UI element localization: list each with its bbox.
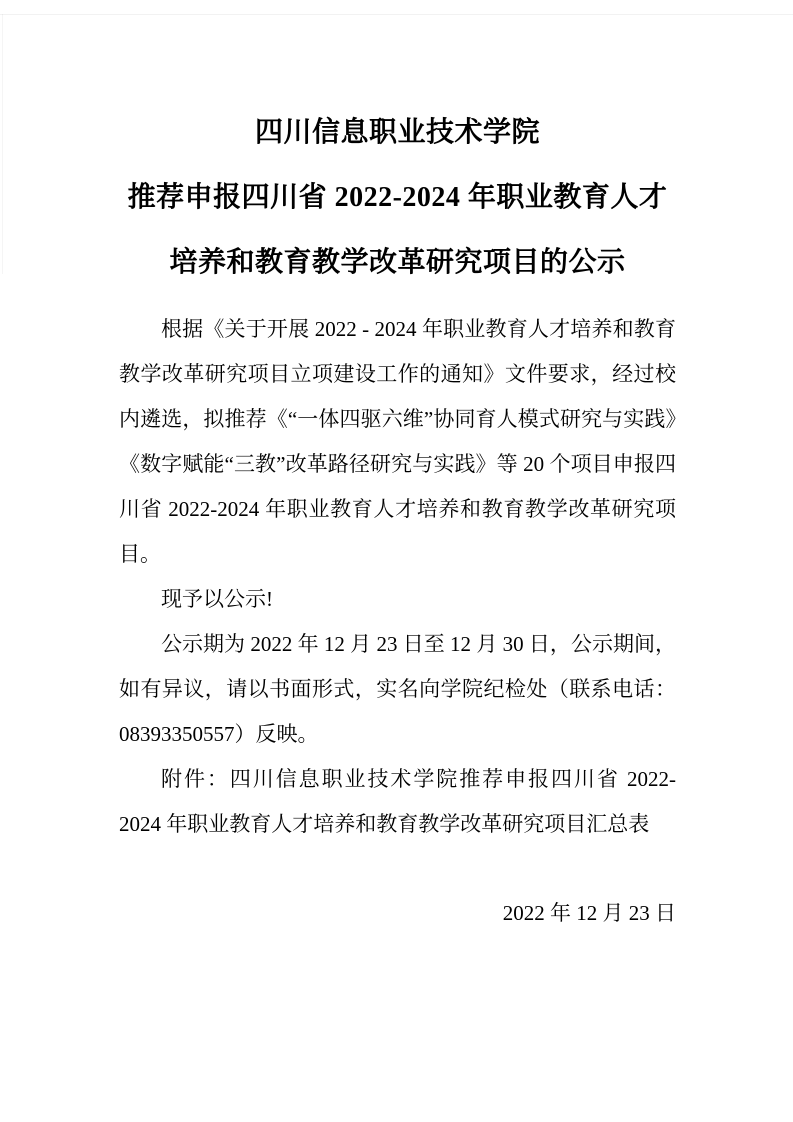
paragraph-publicity-period: 公示期为 2022 年 12 月 23 日至 12 月 30 日，公示期间，如有… <box>119 622 676 757</box>
title-line-1: 四川信息职业技术学院 <box>119 100 676 165</box>
document-body: 根据《关于开展 2022 - 2024 年职业教育人才培养和教育教学改革研究项目… <box>119 307 676 847</box>
paragraph-basis: 根据《关于开展 2022 - 2024 年职业教育人才培养和教育教学改革研究项目… <box>119 307 676 577</box>
title-line-2: 推荐申报四川省 2022-2024 年职业教育人才 <box>119 165 676 230</box>
document-title: 四川信息职业技术学院 推荐申报四川省 2022-2024 年职业教育人才 培养和… <box>119 100 676 295</box>
paragraph-announcement: 现予以公示! <box>119 577 676 622</box>
paragraph-attachment: 附件：四川信息职业技术学院推荐申报四川省 2022-2024 年职业教育人才培养… <box>119 757 676 847</box>
page-edge-line-left <box>2 14 3 274</box>
document-page: 四川信息职业技术学院 推荐申报四川省 2022-2024 年职业教育人才 培养和… <box>0 0 793 1122</box>
page-edge-line <box>0 14 793 15</box>
document-date: 2022 年 12 月 23 日 <box>119 891 676 936</box>
title-line-3: 培养和教育教学改革研究项目的公示 <box>119 230 676 295</box>
